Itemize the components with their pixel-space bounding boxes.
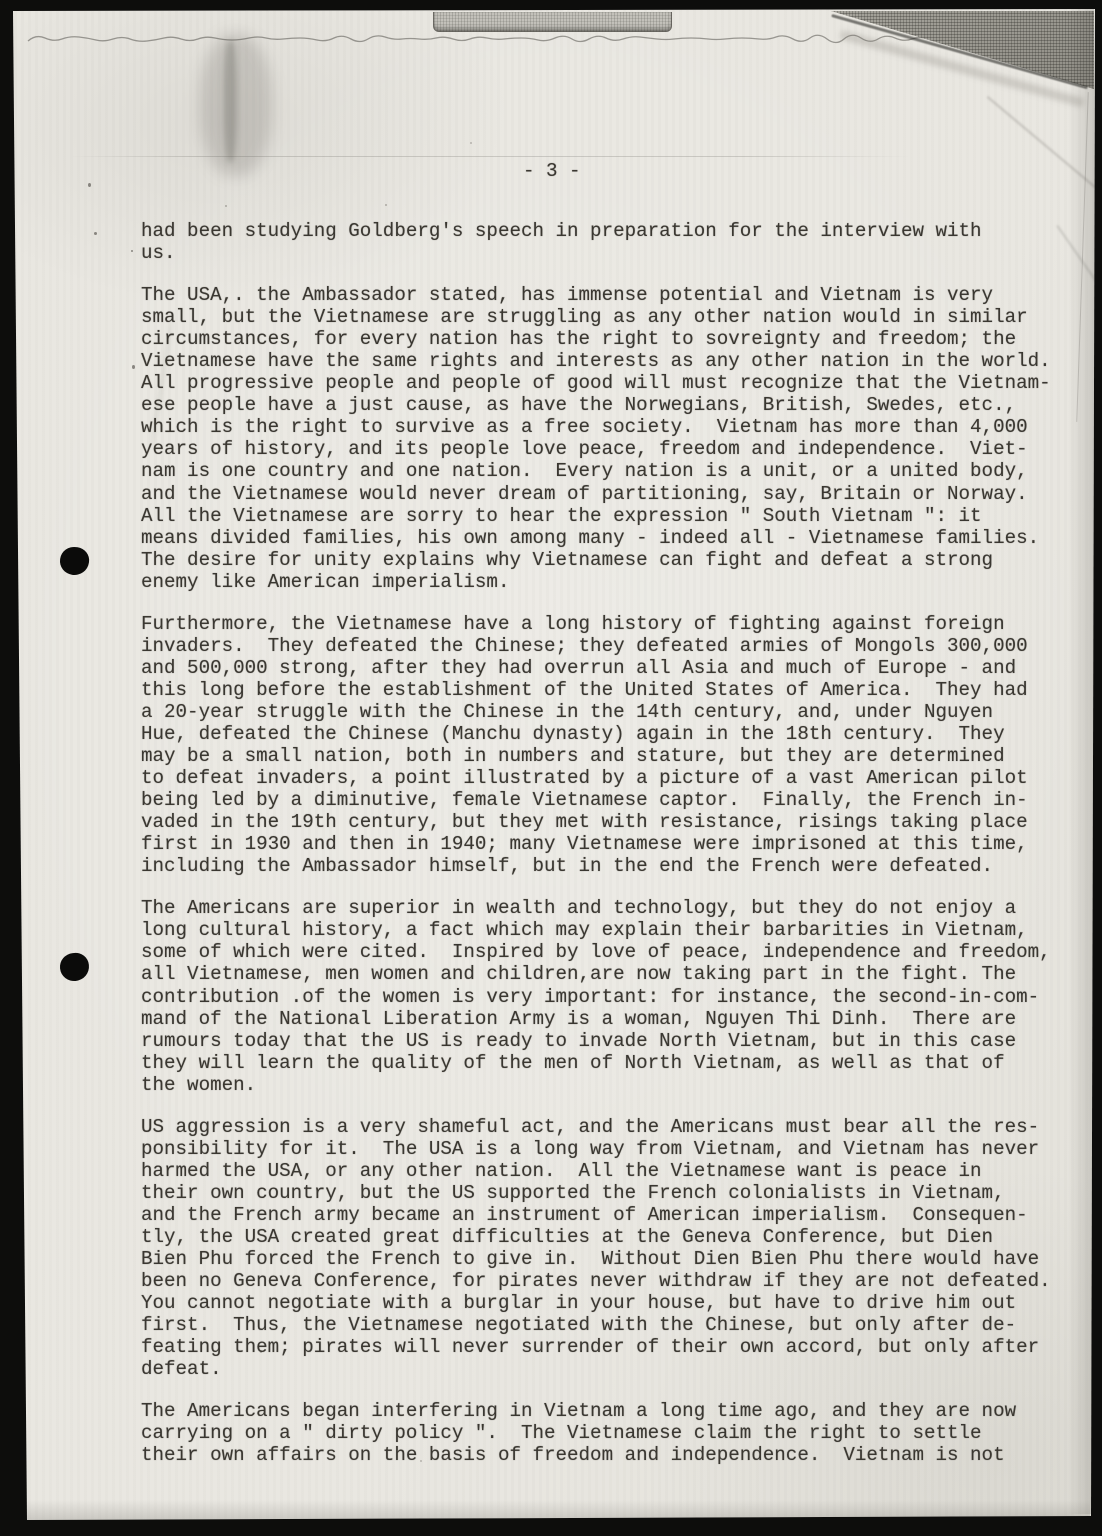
paragraph: The USA,. the Ambassador stated, has imm… — [141, 284, 1085, 593]
paper-speck — [94, 232, 97, 235]
paragraph: Furthermore, the Vietnamese have a long … — [141, 613, 1085, 878]
paper-speck — [88, 183, 91, 187]
paragraph: The Americans are superior in wealth and… — [141, 897, 1085, 1095]
punch-hole — [59, 952, 91, 983]
typewritten-page: - 3 - had been studying Goldberg's speec… — [0, 0, 1102, 1536]
punch-hole — [58, 545, 91, 577]
scanned-document-frame: - 3 - had been studying Goldberg's speec… — [0, 0, 1102, 1536]
paper-speck — [470, 142, 472, 144]
paragraph: The Americans began interfering in Vietn… — [141, 1400, 1085, 1466]
paragraph: US aggression is a very shameful act, an… — [141, 1116, 1085, 1381]
paper-speck — [132, 365, 135, 369]
faint-pencil-line — [70, 156, 910, 157]
page-number: - 3 - — [523, 160, 581, 182]
paper-speck — [131, 250, 133, 252]
paper-speck — [225, 205, 227, 207]
paper-edge-shading — [1068, 9, 1094, 1514]
paragraph: had been studying Goldberg's speech in p… — [141, 220, 1085, 264]
paper-tab — [433, 12, 672, 32]
paper-speck — [385, 204, 387, 206]
typewritten-body: had been studying Goldberg's speech in p… — [141, 220, 1085, 1486]
paper-edge-shading — [20, 1500, 1090, 1522]
